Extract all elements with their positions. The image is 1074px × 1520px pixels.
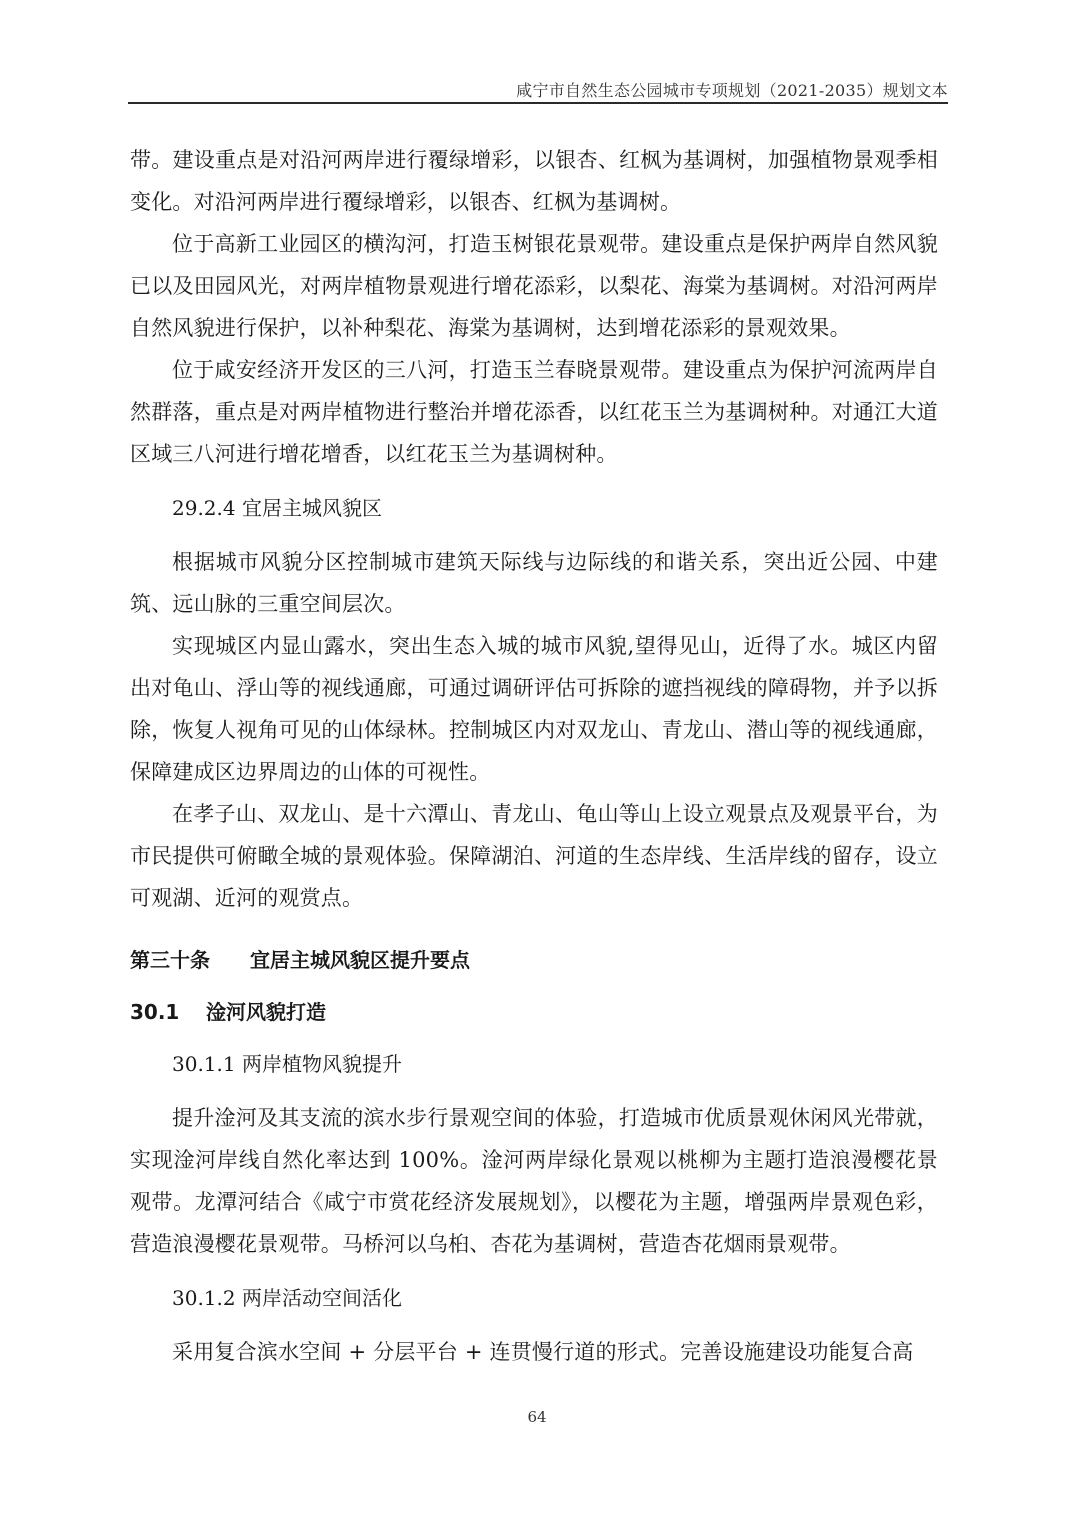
subsection-heading: 29.2.4 宜居主城风貌区 [130, 487, 938, 529]
section-title: 淦河风貌打造 [206, 991, 326, 1033]
paragraph: 带。建设重点是对沿河两岸进行覆绿增彩，以银杏、红枫为基调树，加强植物景观季相变化… [130, 139, 938, 223]
article-heading: 第三十条 宜居主城风貌区提升要点 [130, 939, 938, 981]
page-number: 64 [0, 1408, 1074, 1426]
paragraph: 实现城区内显山露水，突出生态入城的城市风貌,望得见山，近得了水。城区内留出对龟山… [130, 625, 938, 793]
paragraph: 采用复合滨水空间 + 分层平台 + 连贯慢行道的形式。完善设施建设功能复合高 [130, 1331, 938, 1373]
paragraph: 根据城市风貌分区控制城市建筑天际线与边际线的和谐关系，突出近公园、中建筑、远山脉… [130, 541, 938, 625]
paragraph: 位于咸安经济开发区的三八河，打造玉兰春晓景观带。建设重点为保护河流两岸自然群落，… [130, 349, 938, 475]
article-title: 宜居主城风貌区提升要点 [250, 939, 470, 981]
page-header: 咸宁市自然生态公园城市专项规划（2021-2035）规划文本 [128, 76, 948, 104]
paragraph: 提升淦河及其支流的滨水步行景观空间的体验，打造城市优质景观休闲风光带就，实现淦河… [130, 1097, 938, 1265]
subsection-heading: 30.1.1 两岸植物风貌提升 [130, 1043, 938, 1085]
page-content: 带。建设重点是对沿河两岸进行覆绿增彩，以银杏、红枫为基调树，加强植物景观季相变化… [130, 139, 938, 1373]
section-number: 30.1 [130, 991, 206, 1033]
article-number: 第三十条 [130, 939, 210, 981]
paragraph: 位于高新工业园区的横沟河，打造玉树银花景观带。建设重点是保护两岸自然风貌已以及田… [130, 223, 938, 349]
document-title: 咸宁市自然生态公园城市专项规划（2021-2035）规划文本 [516, 78, 948, 101]
section-heading: 30.1 淦河风貌打造 [130, 991, 938, 1033]
subsection-heading: 30.1.2 两岸活动空间活化 [130, 1277, 938, 1319]
paragraph: 在孝子山、双龙山、是十六潭山、青龙山、龟山等山上设立观景点及观景平台，为市民提供… [130, 793, 938, 919]
